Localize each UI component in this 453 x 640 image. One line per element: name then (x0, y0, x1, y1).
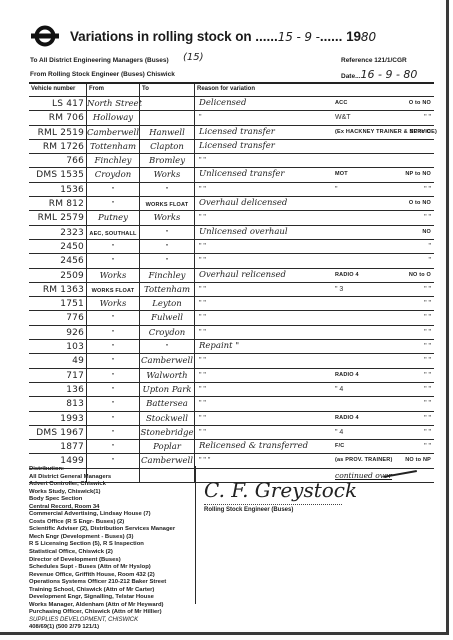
reason-text: " " (199, 426, 206, 439)
from-cell-text: " (112, 387, 115, 394)
reason-cell: Unlicensed overhaulNO (195, 226, 434, 239)
vehicle-number-cell: 776 (29, 311, 87, 324)
from-cell-text: Croydon (95, 170, 132, 180)
reason-note: " 3 (335, 283, 343, 296)
vehicle-number-cell-text: RM 1726 (43, 142, 84, 152)
from-cell-text: " (112, 344, 115, 351)
to-cell: Works (140, 211, 195, 224)
distribution-item: R S Licensing Section (5), R S Inspectio… (29, 541, 219, 549)
from-cell-text: Holloway (93, 113, 133, 123)
from-cell: Works (87, 297, 140, 310)
table-row: 776"Fulwell" "" " (29, 311, 434, 325)
status-change: NO to O (409, 269, 431, 282)
vehicle-number-cell-text: 717 (66, 371, 84, 381)
from-cell: Croydon (87, 168, 140, 181)
distribution-item: Development Engr, Signalling, Telstar Ho… (29, 594, 219, 602)
vehicle-number-cell-text: 49 (72, 356, 84, 366)
reason-cell: " "RADIO 4" " (195, 412, 434, 425)
reason-cell: Unlicensed transferMOTNP to NO (195, 168, 434, 181)
distribution-item: Operations Systems Officer 210-212 Baker… (29, 579, 219, 587)
vehicle-number-cell: 2509 (29, 269, 87, 282)
to-cell-text: Works (154, 213, 181, 223)
distribution-item: All District General Managers (29, 474, 219, 482)
column-header-from: From (87, 84, 140, 96)
distribution-item-handwritten: SUPPLIES DEVELOPMENT, CHISWICK (29, 617, 219, 625)
reason-note: F/C (335, 440, 344, 453)
from-cell-text: Works (100, 299, 127, 309)
from-cell-text: Finchley (95, 156, 132, 166)
to-cell: Stonebridge (140, 426, 195, 439)
reason-cell: Licensed transfer(Ex HACKNEY TRAINER & S… (195, 126, 434, 139)
status-change: " " (424, 297, 431, 310)
to-cell-text: " (166, 244, 169, 251)
from-cell: " (87, 311, 140, 324)
vehicle-number-cell-text: 103 (66, 342, 84, 352)
to-cell: " (140, 340, 195, 353)
table-row: RM 706Holloway"W&T" " (29, 111, 434, 125)
vehicle-number-cell-text: RM 706 (49, 113, 84, 123)
title-dots: ...... (320, 29, 343, 44)
distribution-item: Director of Development (Buses) (29, 557, 219, 565)
reason-cell: " " (195, 154, 434, 167)
to-cell: Battersea (140, 397, 195, 410)
vehicle-number-cell-text: 766 (66, 156, 84, 166)
reason-text: Licensed transfer (199, 140, 275, 153)
reason-note: " 4 (335, 383, 343, 396)
to-cell: Croydon (140, 326, 195, 339)
from-cell-text: " (112, 330, 115, 337)
status-change: " " (424, 340, 431, 353)
to-cell: WORKS FLOAT (140, 197, 195, 210)
to-cell-text: Finchley (149, 271, 186, 281)
from-cell-text: " (112, 258, 115, 265)
from-cell: " (87, 383, 140, 396)
table-row: 926"Croydon" "" " (29, 326, 434, 340)
date-label: Date (341, 73, 355, 80)
to-cell: Bromley (140, 154, 195, 167)
reason-text: Repaint " (199, 340, 239, 353)
vehicle-number-cell-text: 926 (66, 328, 84, 338)
vehicle-number-cell-text: 776 (66, 313, 84, 323)
status-change: " " (424, 354, 431, 367)
vehicle-number-cell-text: 1751 (60, 299, 84, 309)
to-cell (140, 97, 195, 110)
table-row: 766FinchleyBromley" " (29, 154, 434, 168)
reason-cell: Relicensed & transferredF/C" " (195, 440, 434, 453)
column-header-vehicle: Vehicle number (29, 84, 87, 96)
to-cell-text: Leyton (152, 299, 181, 309)
distribution-item: Works Study, Chiswick(1) (29, 489, 219, 497)
page-title: Variations in rolling stock on ......15 … (70, 29, 376, 44)
vehicle-number-cell: 136 (29, 383, 87, 396)
table-row: DMS 1967"Stonebridge" "" 4" " (29, 426, 434, 440)
sheet-number: (15) (183, 52, 204, 63)
table-row: 103""Repaint "" " (29, 340, 434, 354)
table-row: RM 812"WORKS FLOATOverhaul delicensedO t… (29, 197, 434, 211)
reason-cell: " """ " (195, 183, 434, 196)
table-row: RM 1363WORKS FLOATTottenham" "" 3" " (29, 283, 434, 297)
vehicle-number-cell-text: 1536 (60, 185, 84, 195)
reason-cell: "W&T" " (195, 111, 434, 124)
table-row: RML 2519CamberwellHanwellLicensed transf… (29, 126, 434, 140)
reason-cell: " "" (195, 240, 434, 253)
from-cell-text: " (112, 201, 115, 208)
to-cell: Upton Park (140, 383, 195, 396)
vehicle-number-cell-text: DMS 1535 (36, 170, 84, 180)
vehicle-number-cell-text: RML 2579 (38, 213, 84, 223)
reason-text: Relicensed & transferred (199, 440, 308, 453)
from-cell-text: WORKS FLOAT (92, 288, 135, 294)
to-cell-text: " (166, 230, 169, 237)
distribution-item: Purchasing Officer, Chiswick (Attn of Mr… (29, 609, 219, 617)
table-row: 2509WorksFinchleyOverhaul relicensedRADI… (29, 269, 434, 283)
from-cell-text: " (112, 401, 115, 408)
issue-date: Date...16 - 9 - 80 (341, 68, 417, 81)
to-cell-text: Works (154, 170, 181, 180)
from-cell: " (87, 369, 140, 382)
variations-table: Vehicle number From To Reason for variat… (29, 82, 434, 483)
vehicle-number-cell: 2450 (29, 240, 87, 253)
to-cell-text: Camberwell (141, 356, 193, 366)
status-change: " " (424, 326, 431, 339)
reason-cell: " "" 4" " (195, 426, 434, 439)
reason-note: RADIO 4 (335, 369, 359, 382)
reason-text: Delicensed (199, 97, 246, 110)
status-change: " " (424, 383, 431, 396)
from-cell: " (87, 326, 140, 339)
vehicle-number-cell-text: 2323 (60, 228, 84, 238)
to-cell-text: Stonebridge (141, 428, 194, 438)
vehicle-number-cell: 717 (29, 369, 87, 382)
reason-cell: Repaint "" " (195, 340, 434, 353)
vehicle-number-cell: RM 1363 (29, 283, 87, 296)
reason-note: " 4 (335, 426, 343, 439)
to-cell-text: Clapton (150, 142, 184, 152)
vehicle-number-cell-text: RM 812 (49, 199, 84, 209)
reason-cell: " "" " (195, 311, 434, 324)
to-cell: " (140, 240, 195, 253)
to-cell-text: Croydon (149, 328, 186, 338)
to-cell-text: WORKS FLOAT (146, 202, 189, 208)
column-header-to: To (140, 84, 195, 96)
to-cell: Finchley (140, 269, 195, 282)
from-cell: " (87, 354, 140, 367)
table-row: 1877"PoplarRelicensed & transferredF/C" … (29, 440, 434, 454)
table-row: RM 1726TottenhamClaptonLicensed transfer (29, 140, 434, 154)
distribution-list: Distribution: All District General Manag… (29, 466, 219, 632)
distribution-item: Schedules Supt - Buses (Attn of Mr Hyslo… (29, 564, 219, 572)
title-dots: ...... (255, 29, 278, 44)
vehicle-number-cell-text: RML 2519 (38, 128, 84, 138)
to-line: To All District Engineering Managers (Bu… (30, 57, 169, 64)
reason-note: RADIO 4 (335, 269, 359, 282)
variation-date: 15 - 9 - (278, 30, 320, 44)
status-change: O to NO (409, 97, 431, 110)
from-cell: AEC, SOUTHALL (87, 226, 140, 239)
from-line: From Rolling Stock Engineer (Buses) Chis… (30, 71, 175, 78)
to-cell: " (140, 254, 195, 267)
to-cell-text: Walworth (146, 371, 187, 381)
from-cell: North Street (87, 97, 140, 110)
from-cell-text: " (112, 244, 115, 251)
from-cell: " (87, 340, 140, 353)
from-cell-text: Camberwell (87, 128, 139, 138)
from-cell-text: " (112, 458, 115, 465)
to-cell-text: Tottenham (144, 285, 190, 295)
footer-section: Distribution: All District General Manag… (29, 466, 434, 616)
to-cell: Leyton (140, 297, 195, 310)
reason-cell: " "" " (195, 297, 434, 310)
vehicle-number-cell-text: DMS 1967 (36, 428, 84, 438)
to-cell: Camberwell (140, 354, 195, 367)
to-cell: Walworth (140, 369, 195, 382)
status-change: " " (424, 311, 431, 324)
reason-text: " " (199, 283, 206, 296)
to-cell: Poplar (140, 440, 195, 453)
reason-text: Unlicensed overhaul (199, 226, 288, 239)
from-cell: " (87, 397, 140, 410)
reason-text: " " (199, 311, 206, 324)
from-cell: Tottenham (87, 140, 140, 153)
reason-note: MOT (335, 168, 348, 181)
table-row: 1993"Stockwell" "RADIO 4" " (29, 412, 434, 426)
reason-text: " " (199, 183, 206, 196)
to-cell-text: Poplar (153, 442, 181, 452)
status-change: " " (424, 440, 431, 453)
from-cell-text: " (112, 373, 115, 380)
reason-cell: " "" " (195, 397, 434, 410)
to-cell: " (140, 226, 195, 239)
table-row: 2323AEC, SOUTHALL"Unlicensed overhaulNO (29, 226, 434, 240)
to-cell: Fulwell (140, 311, 195, 324)
from-cell-text: " (112, 358, 115, 365)
status-change: NO (422, 226, 431, 239)
status-change: NP to O (410, 126, 431, 139)
to-cell: Hanwell (140, 126, 195, 139)
vehicle-number-cell: RM 1726 (29, 140, 87, 153)
vehicle-number-cell: RM 706 (29, 111, 87, 124)
table-row: 2450""" "" (29, 240, 434, 254)
vehicle-number-cell: 1877 (29, 440, 87, 453)
to-cell-text: Hanwell (149, 128, 185, 138)
table-row: 1536""" """ " (29, 183, 434, 197)
distribution-item: Costs Office (R S Engr- Buses) (2) (29, 519, 219, 527)
from-cell-text: " (112, 444, 115, 451)
to-cell-text: Camberwell (141, 456, 193, 466)
vehicle-number-cell: 926 (29, 326, 87, 339)
from-cell-text: Putney (98, 213, 128, 223)
reason-cell: " "" (195, 254, 434, 267)
status-change: " " (424, 426, 431, 439)
status-change: " " (424, 211, 431, 224)
form-header: Variations in rolling stock on ......15 … (0, 0, 453, 95)
table-row: RML 2579PutneyWorks" "" " (29, 211, 434, 225)
distribution-item: Mech Engr (Development - Buses) (3) (29, 534, 219, 542)
reason-text: " " (199, 412, 206, 425)
table-row: DMS 1535CroydonWorksUnlicensed transferM… (29, 168, 434, 182)
to-cell-text: Battersea (146, 399, 188, 409)
vehicle-number-cell-text: 813 (66, 399, 84, 409)
from-cell-text: Tottenham (90, 142, 136, 152)
reason-text: Unlicensed transfer (199, 168, 285, 181)
vehicle-number-cell-text: RM 1363 (43, 285, 84, 295)
vehicle-number-cell-text: 1877 (60, 442, 84, 452)
distribution-item: Advert Controller, Chiswick (29, 481, 219, 489)
reason-text: Overhaul relicensed (199, 269, 286, 282)
status-change: NP to NO (405, 168, 431, 181)
vehicle-number-cell-text: LS 417 (52, 99, 84, 109)
date-value: 16 - 9 - 80 (361, 68, 418, 81)
vehicle-number-cell: 2456 (29, 254, 87, 267)
status-change: " " (424, 183, 431, 196)
from-cell: " (87, 240, 140, 253)
status-change: " " (424, 111, 431, 124)
reason-text: " " (199, 211, 206, 224)
from-cell-text: Works (100, 271, 127, 281)
reason-cell: " "RADIO 4" " (195, 369, 434, 382)
status-change: " " (424, 283, 431, 296)
distribution-item: Scientific Adviser (2), Distribution Ser… (29, 526, 219, 534)
status-change: " (429, 240, 432, 253)
from-cell: " (87, 254, 140, 267)
reason-cell: Licensed transfer (195, 140, 434, 153)
vehicle-number-cell: LS 417 (29, 97, 87, 110)
reason-text: " " (199, 397, 206, 410)
table-row: 2456""" "" (29, 254, 434, 268)
column-header-reason: Reason for variation (195, 84, 434, 96)
to-cell-text: Fulwell (151, 313, 183, 323)
reason-cell: " "" 4" " (195, 383, 434, 396)
to-cell-text: Upton Park (143, 385, 192, 395)
vehicle-number-cell-text: 2509 (60, 271, 84, 281)
distribution-item: Revenue Office, Griffith House, Room 432… (29, 572, 219, 580)
from-cell: " (87, 412, 140, 425)
vehicle-number-cell: DMS 1967 (29, 426, 87, 439)
reason-text: " " (199, 154, 206, 167)
vehicle-number-cell: 1993 (29, 412, 87, 425)
roundel-icon (30, 25, 60, 47)
to-cell-text: " (166, 187, 169, 194)
distribution-heading: Distribution: (29, 466, 219, 474)
reason-note: RADIO 4 (335, 412, 359, 425)
reason-cell: " "" " (195, 354, 434, 367)
reason-cell: " "" " (195, 326, 434, 339)
vehicle-number-cell: 49 (29, 354, 87, 367)
title-text: Variations in rolling stock on (70, 29, 252, 44)
to-cell: Clapton (140, 140, 195, 153)
reason-cell: Overhaul relicensedRADIO 4NO to O (195, 269, 434, 282)
vehicle-number-cell: RM 812 (29, 197, 87, 210)
status-change: " " (424, 369, 431, 382)
status-change: " " (424, 397, 431, 410)
to-cell-text: " (166, 344, 169, 351)
from-cell-text: " (112, 187, 115, 194)
reason-text: " " (199, 326, 206, 339)
distribution-item: Central Record, Room 34 (29, 504, 219, 512)
signature-line (204, 504, 342, 505)
signature: C. F. Greystock (204, 478, 357, 502)
reason-text: " " (199, 254, 206, 267)
distribution-item: Training School, Chiswick (Attn of Mr Ca… (29, 587, 219, 595)
year-handwritten: 80 (361, 30, 376, 44)
from-cell: Finchley (87, 154, 140, 167)
vehicle-number-cell: 1536 (29, 183, 87, 196)
from-cell: " (87, 426, 140, 439)
from-cell: " (87, 197, 140, 210)
reason-text: " " (199, 354, 206, 367)
from-cell: " (87, 440, 140, 453)
distribution-item: Commercial Advertising, Lindsay House (7… (29, 511, 219, 519)
form-code: 408/69(1) (500 2/79 121/1) (29, 624, 219, 632)
vehicle-number-cell-text: 1499 (60, 456, 84, 466)
vehicle-number-cell: RML 2519 (29, 126, 87, 139)
to-cell-text: Bromley (149, 156, 185, 166)
vehicle-number-cell: 2323 (29, 226, 87, 239)
status-change: " " (424, 412, 431, 425)
to-cell (140, 111, 195, 124)
table-row: 1751WorksLeyton" "" " (29, 297, 434, 311)
vehicle-number-cell: 813 (29, 397, 87, 410)
from-cell: Camberwell (87, 126, 140, 139)
distribution-item: Body Spec Section (29, 496, 219, 504)
from-cell-text: AEC, SOUTHALL (89, 231, 136, 237)
from-cell: " (87, 183, 140, 196)
table-row: 813"Battersea" "" " (29, 397, 434, 411)
table-row: 49"Camberwell" "" " (29, 354, 434, 368)
vehicle-number-cell: RML 2579 (29, 211, 87, 224)
status-change: O to NO (409, 197, 431, 210)
to-cell: Stockwell (140, 412, 195, 425)
from-cell-text: " (112, 416, 115, 423)
distribution-item: Works Manager, Aldenham (Attn of Mr Heyw… (29, 602, 219, 610)
reason-text: Licensed transfer (199, 126, 275, 139)
from-cell: WORKS FLOAT (87, 283, 140, 296)
status-change: " (429, 254, 432, 267)
vehicle-number-cell-text: 2450 (60, 242, 84, 252)
vehicle-number-cell-text: 136 (66, 385, 84, 395)
from-cell-text: North Street (87, 99, 142, 109)
to-cell: Works (140, 168, 195, 181)
reason-note: ACC (335, 97, 348, 110)
to-cell: Tottenham (140, 283, 195, 296)
from-cell: Works (87, 269, 140, 282)
reason-note: " (335, 183, 338, 196)
vehicle-number-cell: DMS 1535 (29, 168, 87, 181)
table-row: LS 417North StreetDelicensedACCO to NO (29, 97, 434, 111)
to-cell-text: Stockwell (146, 414, 188, 424)
reason-cell: " "" " (195, 211, 434, 224)
reason-cell: " "" 3" " (195, 283, 434, 296)
reason-text: " " (199, 383, 206, 396)
to-cell-text: " (166, 258, 169, 265)
vehicle-number-cell: 766 (29, 154, 87, 167)
reference-number: Reference 121/1/CGR (341, 57, 407, 64)
table-header-row: Vehicle number From To Reason for variat… (29, 84, 434, 97)
page-edge-right (446, 0, 449, 634)
reason-cell: Overhaul delicensedO to NO (195, 197, 434, 210)
page-edge-bottom (0, 632, 449, 635)
from-cell: Holloway (87, 111, 140, 124)
year-prefix: 19 (346, 29, 361, 44)
to-cell: " (140, 183, 195, 196)
vehicle-number-cell: 103 (29, 340, 87, 353)
table-row: 136"Upton Park" "" 4" " (29, 383, 434, 397)
vehicle-number-cell-text: 1993 (60, 414, 84, 424)
reason-text: Overhaul delicensed (199, 197, 287, 210)
reason-note: W&T (335, 111, 351, 124)
from-cell-text: " (112, 430, 115, 437)
from-cell-text: " (112, 315, 115, 322)
